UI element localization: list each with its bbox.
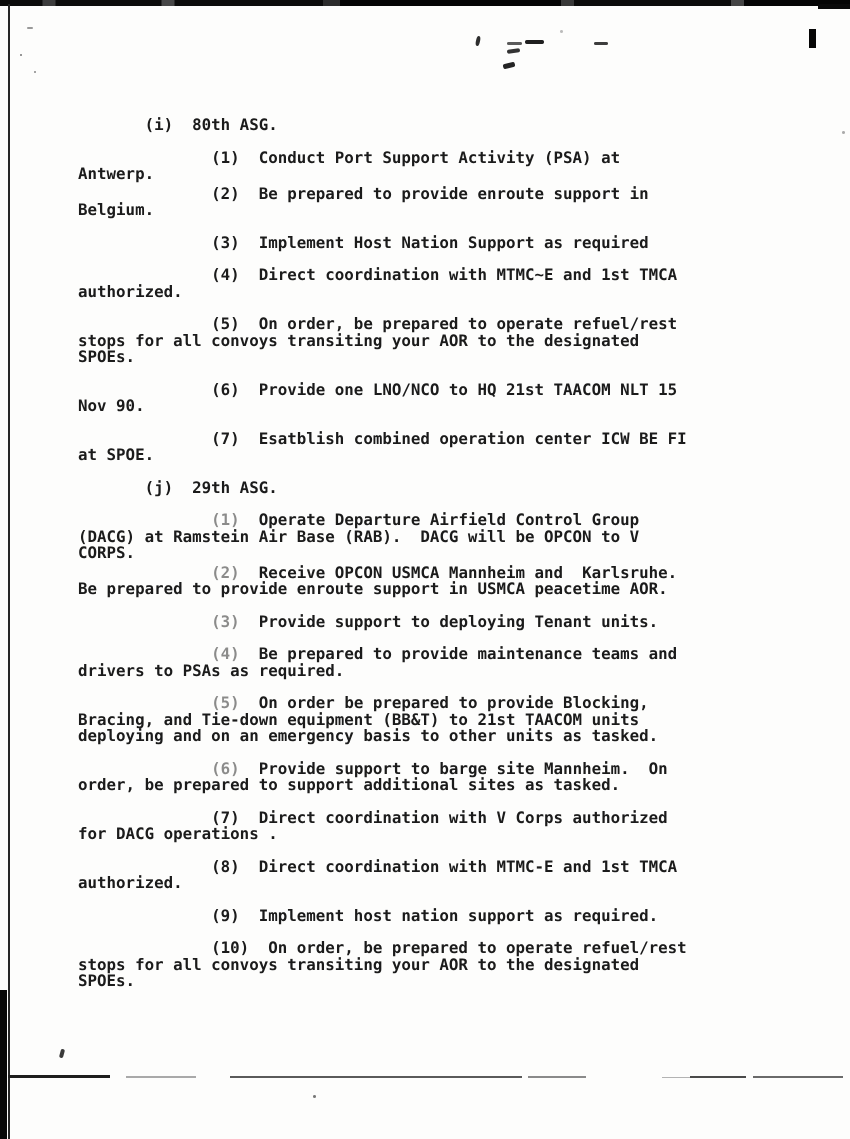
document-paragraph-i-1: (1) Conduct Port Support Activity (PSA) … — [78, 150, 818, 183]
document-paragraph-j-header: (j) 29th ASG. — [78, 480, 818, 497]
document-line: (9) Implement host nation support as req… — [78, 908, 818, 925]
scan-artifact-bottom-line-segment — [126, 1076, 196, 1078]
document-line: (8) Direct coordination with MTMC-E and … — [78, 859, 818, 876]
document-paragraph-j-10: (10) On order, be prepared to operate re… — [78, 940, 818, 990]
scan-artifact-bottom-line-segment — [528, 1076, 586, 1078]
scan-artifact-smudge — [594, 42, 608, 45]
document-paragraph-j-5: (5) On order be prepared to provide Bloc… — [78, 695, 818, 745]
document-line: CORPS. — [78, 545, 818, 562]
scan-artifact-smudge — [507, 48, 520, 54]
scan-artifact-bottom-line-segment — [8, 1075, 110, 1078]
scan-artifact-left-edge-line — [8, 4, 10, 1139]
document-line: at SPOE. — [78, 447, 818, 464]
scan-artifact-bottom-line-segment — [230, 1076, 522, 1078]
document-line: Be prepared to provide enroute support i… — [78, 581, 818, 598]
document-line: (4) Direct coordination with MTMC~E and … — [78, 267, 818, 284]
document-paragraph-j-9: (9) Implement host nation support as req… — [78, 908, 818, 925]
scan-artifact-smudge — [560, 30, 563, 33]
item-number-faint: (6) — [211, 759, 240, 778]
document-paragraph-j-4: (4) Be prepared to provide maintenance t… — [78, 646, 818, 679]
scan-artifact-left-bottom-bar — [0, 990, 7, 1139]
document-line: (DACG) at Ramstein Air Base (RAB). DACG … — [78, 529, 818, 546]
scan-artifact-bottom-line-segment — [662, 1077, 692, 1078]
document-line: (3) Provide support to deploying Tenant … — [78, 614, 818, 631]
document-paragraph-i-5: (5) On order, be prepared to operate ref… — [78, 316, 818, 366]
document-paragraph-j-7: (7) Direct coordination with V Corps aut… — [78, 810, 818, 843]
document-line: deploying and on an emergency basis to o… — [78, 728, 818, 745]
document-line: stops for all convoys transiting your AO… — [78, 957, 818, 974]
document-line: Belgium. — [78, 202, 818, 219]
scanned-document-page: (i) 80th ASG. (1) Conduct Port Support A… — [0, 0, 850, 1139]
document-line: Nov 90. — [78, 398, 818, 415]
scan-artifact-top-edge-bar — [0, 0, 850, 6]
document-line: (6) Provide one LNO/NCO to HQ 21st TAACO… — [78, 382, 818, 399]
document-paragraph-j-6: (6) Provide support to barge site Mannhe… — [78, 761, 818, 794]
scan-artifact-smudge — [525, 40, 544, 44]
document-paragraph-j-3: (3) Provide support to deploying Tenant … — [78, 614, 818, 631]
document-line: for DACG operations . — [78, 826, 818, 843]
item-number-faint: (1) — [211, 510, 240, 529]
item-number-faint: (3) — [211, 612, 240, 631]
document-paragraph-i-3: (3) Implement Host Nation Support as req… — [78, 235, 818, 252]
document-line: (2) Be prepared to provide enroute suppo… — [78, 186, 818, 203]
document-line: SPOEs. — [78, 973, 818, 990]
document-line: (i) 80th ASG. — [78, 117, 818, 134]
document-paragraph-j-8: (8) Direct coordination with MTMC-E and … — [78, 859, 818, 892]
scan-artifact-speck — [313, 1095, 316, 1098]
item-number-faint: (5) — [211, 693, 240, 712]
document-line: (3) Implement Host Nation Support as req… — [78, 235, 818, 252]
scan-artifact-speck — [34, 71, 36, 73]
scan-artifact-smudge — [475, 36, 481, 47]
scan-artifact-bottom-line-segment — [690, 1076, 746, 1078]
document-paragraph-j-1: (1) Operate Departure Airfield Control G… — [78, 512, 818, 562]
document-line: drivers to PSAs as required. — [78, 663, 818, 680]
document-line: authorized. — [78, 875, 818, 892]
scan-artifact-speck — [27, 27, 33, 29]
document-line: order, be prepared to support additional… — [78, 777, 818, 794]
scan-artifact-right-margin-mark — [809, 29, 816, 48]
scan-artifact-speck — [59, 1049, 65, 1059]
document-line: (1) Conduct Port Support Activity (PSA) … — [78, 150, 818, 167]
document-paragraph-i-6: (6) Provide one LNO/NCO to HQ 21st TAACO… — [78, 382, 818, 415]
document-line: authorized. — [78, 284, 818, 301]
document-body: (i) 80th ASG. (1) Conduct Port Support A… — [78, 117, 818, 990]
document-line: Antwerp. — [78, 166, 818, 183]
document-paragraph-i-header: (i) 80th ASG. — [78, 117, 818, 134]
scan-artifact-speck — [20, 54, 22, 56]
document-paragraph-i-7: (7) Esatblish combined operation center … — [78, 431, 818, 464]
document-line: (j) 29th ASG. — [78, 480, 818, 497]
item-number-faint: (4) — [211, 644, 240, 663]
document-paragraph-i-2: (2) Be prepared to provide enroute suppo… — [78, 186, 818, 219]
item-number-faint: (2) — [211, 563, 240, 582]
scan-artifact-speck — [842, 131, 845, 134]
document-paragraph-j-2: (2) Receive OPCON USMCA Mannheim and Kar… — [78, 565, 818, 598]
scan-artifact-smudge — [503, 62, 516, 70]
document-line: (7) Esatblish combined operation center … — [78, 431, 818, 448]
document-line: SPOEs. — [78, 349, 818, 366]
document-line: stops for all convoys transiting your AO… — [78, 333, 818, 350]
scan-artifact-bottom-line-segment — [753, 1076, 843, 1078]
document-paragraph-i-4: (4) Direct coordination with MTMC~E and … — [78, 267, 818, 300]
scan-artifact-smudge — [507, 42, 522, 45]
scan-artifact-top-right-corner — [818, 4, 850, 9]
